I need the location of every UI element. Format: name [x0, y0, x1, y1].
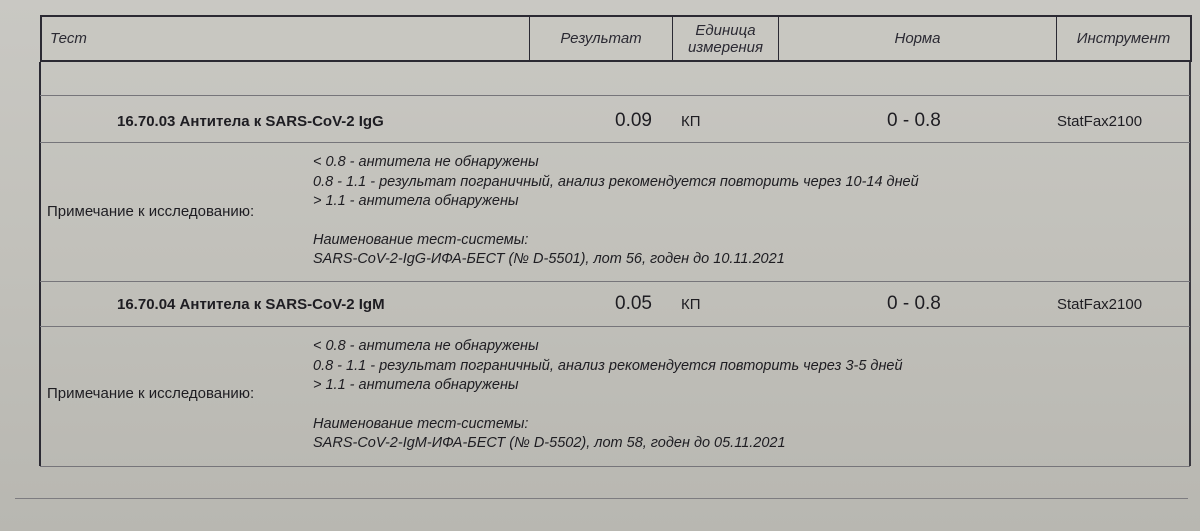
test-system-value: SARS-CoV-2-IgM-ИФА-БЕСТ (№ D-5502), лот …: [313, 434, 903, 454]
note-lines: < 0.8 - антитела не обнаружены 0.8 - 1.1…: [313, 337, 903, 454]
note-igg: Примечание к исследованию: < 0.8 - антит…: [41, 143, 1189, 283]
header-instrument: Инструмент: [1057, 17, 1190, 60]
test-system-value: SARS-CoV-2-IgG-ИФА-БЕСТ (№ D-5501), лот …: [313, 250, 919, 270]
note-line: > 1.1 - антитела обнаружены: [313, 192, 919, 212]
table-header: Тест Результат Единица измерения Норма И…: [40, 15, 1192, 62]
note-igm: Примечание к исследованию: < 0.8 - антит…: [41, 327, 1189, 467]
note-line: 0.8 - 1.1 - результат пограничный, анали…: [313, 173, 919, 193]
test-instrument: StatFax2100: [1057, 296, 1142, 313]
table-row-igg: 16.70.03 Антитела к SARS-CoV-2 IgG 0.09 …: [41, 100, 1189, 142]
header-test: Тест: [42, 17, 530, 60]
test-system-label: Наименование тест-системы:: [313, 231, 919, 251]
table-row-igm: 16.70.04 Антитела к SARS-CoV-2 IgM 0.05 …: [41, 283, 1189, 325]
test-result: 0.05: [615, 293, 652, 315]
lab-report-page: Тест Результат Единица измерения Норма И…: [0, 0, 1200, 531]
header-unit: Единица измерения: [673, 17, 779, 60]
page-rule: [15, 498, 1188, 499]
test-name: 16.70.03 Антитела к SARS-CoV-2 IgG: [117, 113, 384, 130]
test-unit: КП: [681, 296, 701, 313]
divider: [40, 281, 1190, 282]
test-norm: 0 - 0.8: [887, 110, 941, 132]
header-norm: Норма: [779, 17, 1057, 60]
divider: [40, 95, 1190, 96]
test-norm: 0 - 0.8: [887, 293, 941, 315]
test-unit: КП: [681, 113, 701, 130]
note-label: Примечание к исследованию:: [47, 385, 254, 402]
header-unit-line2: измерения: [688, 39, 763, 56]
header-unit-line1: Единица: [695, 22, 755, 39]
note-line: > 1.1 - антитела обнаружены: [313, 376, 903, 396]
note-line: < 0.8 - антитела не обнаружены: [313, 337, 903, 357]
note-label: Примечание к исследованию:: [47, 203, 254, 220]
test-result: 0.09: [615, 110, 652, 132]
header-result: Результат: [530, 17, 673, 60]
test-instrument: StatFax2100: [1057, 113, 1142, 130]
note-line: 0.8 - 1.1 - результат пограничный, анали…: [313, 357, 903, 377]
note-lines: < 0.8 - антитела не обнаружены 0.8 - 1.1…: [313, 153, 919, 270]
note-line: < 0.8 - антитела не обнаружены: [313, 153, 919, 173]
test-system-label: Наименование тест-системы:: [313, 415, 903, 435]
test-name: 16.70.04 Антитела к SARS-CoV-2 IgM: [117, 296, 385, 313]
divider: [40, 466, 1190, 467]
table-right-border: [1189, 62, 1191, 466]
